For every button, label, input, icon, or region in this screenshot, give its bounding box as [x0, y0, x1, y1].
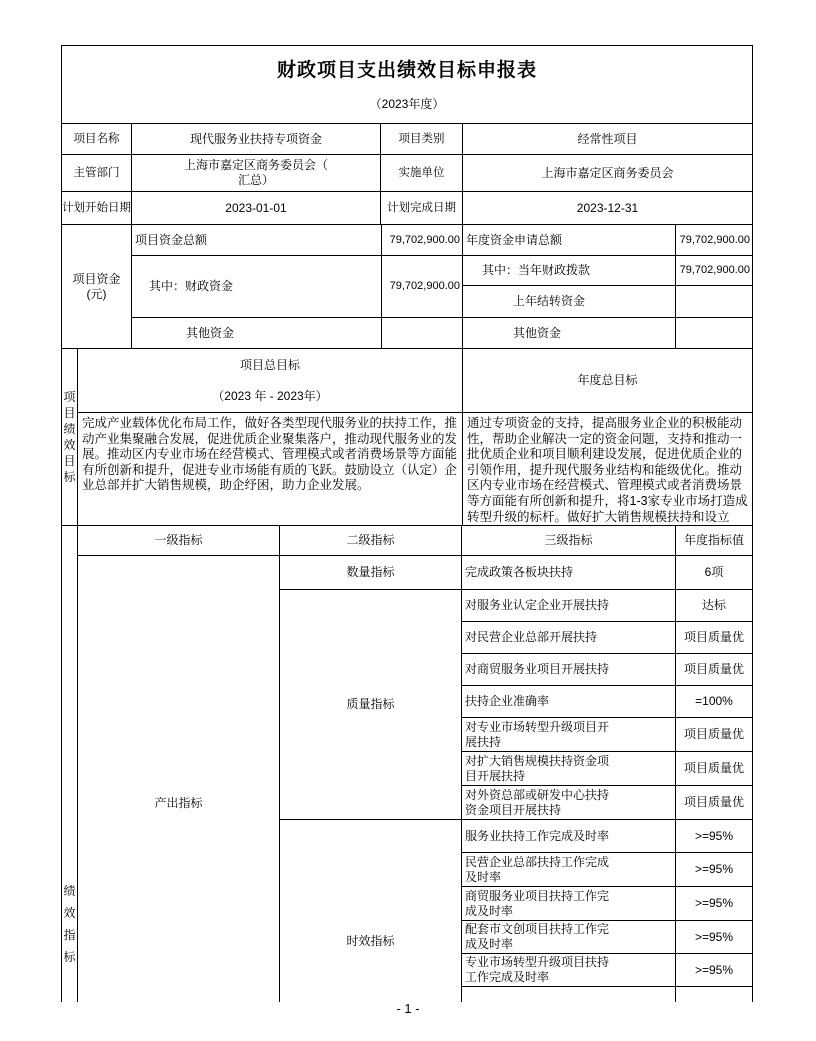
indicator-row-name: 对民营企业总部开展扶持 — [462, 622, 676, 654]
other-fund-right-label: 其他资金 — [463, 318, 676, 349]
indicator-row-value: 6项 — [676, 556, 752, 590]
indicator-row-name: 对外资总部或研发中心扶持 资金项目开展扶持 — [462, 786, 676, 820]
indicator-row-name: 扶持企业准确率 — [462, 686, 676, 718]
form-header: 财政项目支出绩效目标申报表 （2023年度） — [62, 46, 752, 124]
indicator-row-name: 服务业扶持工作完成及时率 — [462, 820, 676, 853]
goals-table: 项目绩效目标 项目总目标 （2023 年 - 2023年） 年度总目标 完成产业… — [62, 349, 752, 526]
goals-section-label: 项目绩效目标 — [62, 349, 78, 526]
declaration-form: 财政项目支出绩效目标申报表 （2023年度） 项目名称 现代服务业扶持专项资金 … — [61, 45, 753, 1002]
project-goal-header-line2: （2023 年 - 2023年） — [212, 389, 327, 404]
header-level3: 三级指标 — [462, 526, 676, 556]
fund-total-value: 79,702,900.00 — [382, 225, 463, 256]
annual-request-label: 年度资金申请总额 — [463, 225, 676, 256]
indicator-row-name: 对扩大销售规模扶持资金项 目开展扶持 — [462, 752, 676, 786]
header-level2: 二级指标 — [280, 526, 462, 556]
level2-quantity-indicator: 数量指标 — [280, 556, 462, 590]
other-fund-left-value — [382, 318, 463, 349]
indicator-row-value: 项目质量优 — [676, 654, 752, 686]
indicator-row-value: 项目质量优 — [676, 718, 752, 752]
indicator-row-name: 对专业市场转型升级项目开 展扶持 — [462, 718, 676, 752]
indicator-row-name: 完成政策各板块扶持 — [462, 556, 676, 590]
indicator-row-name: 对商贸服务业项目开展扶持 — [462, 654, 676, 686]
fiscal-fund-value: 79,702,900.00 — [382, 256, 463, 318]
other-fund-right-value — [676, 318, 752, 349]
basic-info-table: 项目名称 现代服务业扶持专项资金 项目类别 经常性项目 主管部门 上海市嘉定区商… — [62, 124, 752, 225]
indicator-row-name-empty — [462, 987, 676, 1002]
indicator-row-value: =100% — [676, 686, 752, 718]
project-name-label: 项目名称 — [62, 124, 132, 155]
level2-timeliness-indicator: 时效指标 — [280, 820, 462, 1002]
indicator-row-value: >=95% — [676, 820, 752, 853]
department-value: 上海市嘉定区商务委员会（ 汇总） — [132, 155, 381, 192]
other-fund-left-label: 其他资金 — [132, 318, 382, 349]
level1-output-indicator: 产出指标 — [78, 556, 280, 1002]
indicator-row-value: >=95% — [676, 887, 752, 921]
indicators-section-label: 绩效指标 — [62, 526, 78, 1002]
funding-section-label: 项目资金 (元) — [62, 225, 132, 349]
indicator-row-name: 专业市场转型升级项目扶持 工作完成及时率 — [462, 954, 676, 987]
indicator-row-value: 项目质量优 — [676, 752, 752, 786]
header-annual-value: 年度指标值 — [676, 526, 752, 556]
carryover-label: 上年结转资金 — [463, 286, 676, 318]
indicator-row-name: 商贸服务业项目扶持工作完 成及时率 — [462, 887, 676, 921]
indicator-row-value: >=95% — [676, 954, 752, 987]
annual-goal-header: 年度总目标 — [463, 349, 752, 413]
indicator-row-value: 项目质量优 — [676, 622, 752, 654]
project-name-value: 现代服务业扶持专项资金 — [132, 124, 381, 155]
form-year-subtitle: （2023年度） — [370, 95, 445, 112]
fund-total-label: 项目资金总额 — [132, 225, 382, 256]
implement-unit-value: 上海市嘉定区商务委员会 — [463, 155, 752, 192]
project-type-label: 项目类别 — [381, 124, 463, 155]
indicators-table: 绩效指标 一级指标 二级指标 三级指标 年度指标值 产出指标 数量指标 完成政策… — [62, 526, 752, 1002]
project-type-value: 经常性项目 — [463, 124, 752, 155]
project-goal-header: 项目总目标 （2023 年 - 2023年） — [78, 349, 463, 413]
start-date-label: 计划开始日期 — [62, 192, 132, 225]
indicator-row-name: 对服务业认定企业开展扶持 — [462, 590, 676, 622]
implement-unit-label: 实施单位 — [381, 155, 463, 192]
indicator-row-name: 配套市文创项目扶持工作完 成及时率 — [462, 921, 676, 954]
current-appropriation-label: 其中：当年财政拨款 — [463, 256, 676, 286]
header-level1: 一级指标 — [78, 526, 280, 556]
indicator-row-value-empty — [676, 987, 752, 1002]
annual-request-value: 79,702,900.00 — [676, 225, 752, 256]
fiscal-fund-label: 其中：财政资金 — [132, 256, 382, 318]
funding-table: 项目资金 (元) 项目资金总额 79,702,900.00 年度资金申请总额 7… — [62, 225, 752, 349]
indicator-row-value: >=95% — [676, 921, 752, 954]
indicator-row-value: 达标 — [676, 590, 752, 622]
end-date-label: 计划完成日期 — [381, 192, 463, 225]
current-appropriation-value: 79,702,900.00 — [676, 256, 752, 286]
indicator-row-name: 民营企业总部扶持工作完成 及时率 — [462, 853, 676, 887]
level2-quality-indicator: 质量指标 — [280, 590, 462, 820]
page-number: - 1 - — [0, 1001, 816, 1016]
start-date-value: 2023-01-01 — [132, 192, 381, 225]
project-goal-header-line1: 项目总目标 — [240, 358, 300, 373]
department-label: 主管部门 — [62, 155, 132, 192]
indicator-row-value: 项目质量优 — [676, 786, 752, 820]
annual-goal-text: 通过专项资金的支持，提高服务业企业的积极能动性，帮助企业解决一定的资金问题，支持… — [463, 413, 752, 526]
indicator-row-value: >=95% — [676, 853, 752, 887]
end-date-value: 2023-12-31 — [463, 192, 752, 225]
form-title: 财政项目支出绩效目标申报表 — [277, 55, 537, 82]
project-goal-text: 完成产业载体优化布局工作，做好各类型现代服务业的扶持工作，推动产业集聚融合发展，… — [78, 413, 463, 526]
carryover-value — [676, 286, 752, 318]
